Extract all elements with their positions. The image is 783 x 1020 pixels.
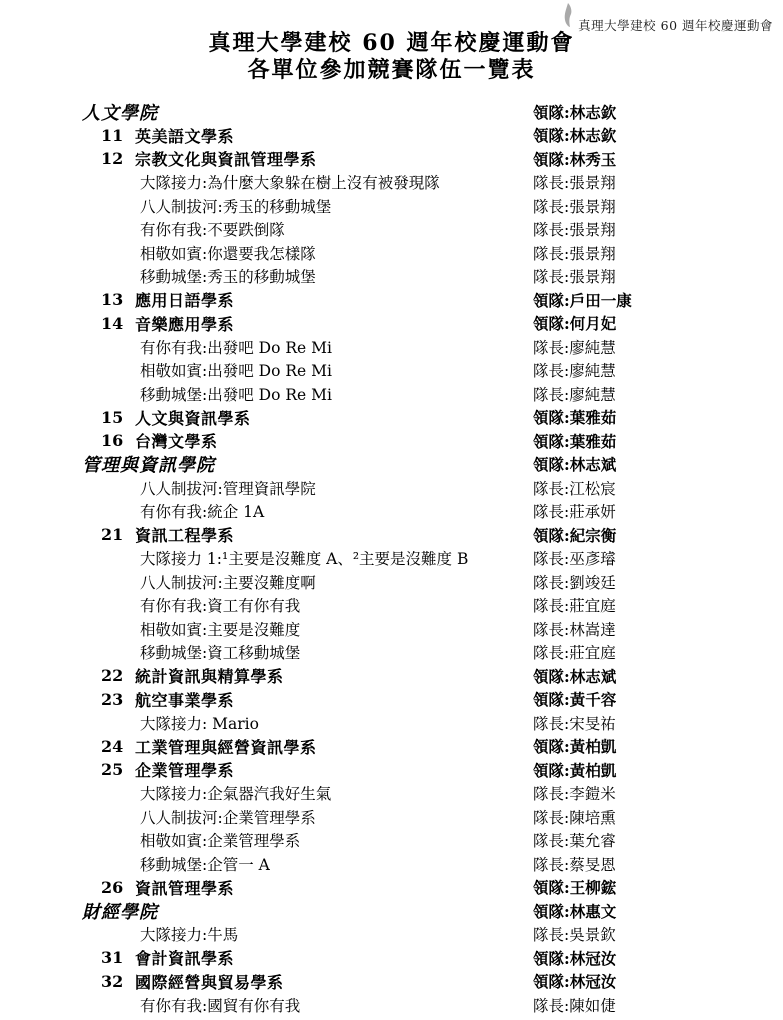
- dept-name: 工業管理與經營資訊學系: [135, 735, 317, 758]
- team-row: 有你有我:不要跌倒隊隊長:張景翔: [0, 218, 783, 242]
- college-row: 人文學院領隊:林志欽: [0, 100, 783, 124]
- dept-row: 13應用日語學系領隊:戶田一康: [0, 288, 783, 312]
- captain-label: 隊長:廖純慧: [533, 382, 616, 406]
- dept-number: 11: [101, 124, 123, 148]
- team-row: 大隊接力: Mario隊長:宋旻祐: [0, 711, 783, 735]
- leader-label: 領隊:林冠汝: [533, 946, 616, 970]
- team-row: 八人制拔河:主要沒難度啊隊長:劉竣廷: [0, 570, 783, 594]
- college-row: 財經學院領隊:林惠文: [0, 899, 783, 923]
- team-row: 大隊接力 1:¹主要是沒難度 A、²主要是沒難度 B隊長:巫彥璿: [0, 547, 783, 571]
- team-entry: 相敬如賓:出發吧 Do Re Mi: [140, 359, 332, 381]
- dept-number: 25: [101, 758, 123, 782]
- page-subtitle: 各單位參加競賽隊伍一覽表: [0, 57, 783, 84]
- team-row: 有你有我:統企 1A隊長:莊承妍: [0, 500, 783, 524]
- rows-container: 人文學院領隊:林志欽11英美語文學系領隊:林志欽12宗教文化與資訊管理學系領隊:…: [0, 100, 783, 1017]
- team-entry: 大隊接力:為什麼大象躲在樹上沒有被發現隊: [140, 171, 440, 193]
- dept-name: 資訊工程學系: [135, 523, 234, 546]
- college-name: 管理與資訊學院: [82, 451, 215, 477]
- team-row: 八人制拔河:企業管理學系隊長:陳培熏: [0, 805, 783, 829]
- dept-number: 21: [101, 523, 123, 547]
- captain-label: 隊長:陳如倢: [533, 993, 616, 1017]
- leader-label: 領隊:林秀玉: [533, 147, 616, 171]
- dept-name: 宗教文化與資訊管理學系: [135, 147, 317, 170]
- page-title: 真理大學建校 60 週年校慶運動會: [0, 30, 783, 57]
- team-row: 移動城堡:出發吧 Do Re Mi隊長:廖純慧: [0, 382, 783, 406]
- captain-label: 隊長:林嵩達: [533, 617, 616, 641]
- captain-label: 隊長:吳景欽: [533, 923, 616, 947]
- captain-label: 隊長:宋旻祐: [533, 711, 616, 735]
- leader-label: 領隊:林志斌: [533, 453, 616, 477]
- team-entry: 八人制拔河:企業管理學系: [140, 806, 316, 828]
- team-row: 相敬如賓:企業管理學系隊長:葉允睿: [0, 829, 783, 853]
- dept-number: 15: [101, 406, 123, 430]
- team-entry: 大隊接力:企氣器汽我好生氣: [140, 782, 331, 804]
- team-entry: 大隊接力 1:¹主要是沒難度 A、²主要是沒難度 B: [140, 547, 468, 569]
- dept-number: 32: [101, 970, 123, 994]
- team-row: 有你有我:資工有你有我隊長:莊宜庭: [0, 594, 783, 618]
- leader-label: 領隊:何月妃: [533, 312, 616, 336]
- dept-row: 11英美語文學系領隊:林志欽: [0, 124, 783, 148]
- dept-name: 英美語文學系: [135, 124, 234, 147]
- captain-label: 隊長:葉允睿: [533, 829, 616, 853]
- college-name: 財經學院: [82, 898, 158, 924]
- leader-label: 領隊:葉雅茹: [533, 429, 616, 453]
- captain-label: 隊長:廖純慧: [533, 359, 616, 383]
- leader-label: 領隊:林志欽: [533, 124, 616, 148]
- team-entry: 移動城堡:出發吧 Do Re Mi: [140, 383, 332, 405]
- team-entry: 移動城堡:資工移動城堡: [140, 641, 300, 663]
- team-entry: 大隊接力: Mario: [140, 712, 259, 734]
- leader-label: 領隊:林冠汝: [533, 970, 616, 994]
- dept-row: 32國際經營與貿易學系領隊:林冠汝: [0, 970, 783, 994]
- team-row: 相敬如賓:主要是沒難度隊長:林嵩達: [0, 617, 783, 641]
- leader-label: 領隊:葉雅茹: [533, 406, 616, 430]
- team-entry: 相敬如賓:企業管理學系: [140, 829, 300, 851]
- dept-number: 12: [101, 147, 123, 171]
- team-entry: 相敬如賓:主要是沒難度: [140, 618, 300, 640]
- dept-row: 16台灣文學系領隊:葉雅茹: [0, 429, 783, 453]
- leader-label: 領隊:林志欽: [533, 100, 616, 124]
- captain-label: 隊長:江松宸: [533, 476, 616, 500]
- team-entry: 大隊接力:牛馬: [140, 923, 238, 945]
- dept-name: 統計資訊與精算學系: [135, 664, 284, 687]
- captain-label: 隊長:劉竣廷: [533, 570, 616, 594]
- dept-number: 31: [101, 946, 123, 970]
- dept-number: 13: [101, 288, 123, 312]
- team-entry: 有你有我:資工有你有我: [140, 594, 300, 616]
- team-entry: 移動城堡:秀玉的移動城堡: [140, 265, 316, 287]
- captain-label: 隊長:張景翔: [533, 241, 616, 265]
- leader-label: 領隊:黃千容: [533, 688, 616, 712]
- title-block: 真理大學建校 60 週年校慶運動會 各單位參加競賽隊伍一覽表: [0, 30, 783, 84]
- captain-label: 隊長:莊宜庭: [533, 594, 616, 618]
- captain-label: 隊長:張景翔: [533, 265, 616, 289]
- college-name: 人文學院: [82, 99, 158, 125]
- dept-number: 14: [101, 312, 123, 336]
- dept-number: 23: [101, 688, 123, 712]
- captain-label: 隊長:巫彥璿: [533, 547, 616, 571]
- captain-label: 隊長:廖純慧: [533, 335, 616, 359]
- captain-label: 隊長:莊承妍: [533, 500, 616, 524]
- college-row: 管理與資訊學院領隊:林志斌: [0, 453, 783, 477]
- team-entry: 八人制拔河:主要沒難度啊: [140, 571, 316, 593]
- team-entry: 八人制拔河:管理資訊學院: [140, 477, 316, 499]
- team-entry: 移動城堡:企管一 A: [140, 853, 270, 875]
- dept-number: 26: [101, 876, 123, 900]
- team-row: 有你有我:國貿有你有我隊長:陳如倢: [0, 993, 783, 1017]
- dept-number: 16: [101, 429, 123, 453]
- team-entry: 八人制拔河:秀玉的移動城堡: [140, 195, 331, 217]
- captain-label: 隊長:張景翔: [533, 194, 616, 218]
- team-entry: 有你有我:統企 1A: [140, 500, 264, 522]
- team-entry: 有你有我:不要跌倒隊: [140, 218, 285, 240]
- team-row: 八人制拔河:管理資訊學院隊長:江松宸: [0, 476, 783, 500]
- captain-label: 隊長:張景翔: [533, 171, 616, 195]
- team-row: 有你有我:出發吧 Do Re Mi隊長:廖純慧: [0, 335, 783, 359]
- team-entry: 有你有我:出發吧 Do Re Mi: [140, 336, 332, 358]
- leader-label: 領隊:紀宗衡: [533, 523, 616, 547]
- captain-label: 隊長:張景翔: [533, 218, 616, 242]
- dept-row: 23航空事業學系領隊:黃千容: [0, 688, 783, 712]
- dept-name: 應用日語學系: [135, 288, 234, 311]
- leader-label: 領隊:黃柏凱: [533, 758, 616, 782]
- dept-row: 26資訊管理學系領隊:王柳鋐: [0, 876, 783, 900]
- dept-row: 25企業管理學系領隊:黃柏凱: [0, 758, 783, 782]
- dept-name: 人文與資訊學系: [135, 406, 251, 429]
- team-row: 移動城堡:資工移動城堡隊長:莊宜庭: [0, 641, 783, 665]
- dept-row: 24工業管理與經營資訊學系領隊:黃柏凱: [0, 735, 783, 759]
- leader-label: 領隊:王柳鋐: [533, 876, 616, 900]
- dept-name: 台灣文學系: [135, 429, 218, 452]
- dept-number: 22: [101, 664, 123, 688]
- leader-label: 領隊:戶田一康: [533, 288, 632, 312]
- dept-row: 14音樂應用學系領隊:何月妃: [0, 312, 783, 336]
- team-row: 八人制拔河:秀玉的移動城堡隊長:張景翔: [0, 194, 783, 218]
- team-entry: 相敬如賓:你還要我怎樣隊: [140, 242, 316, 264]
- team-row: 移動城堡:企管一 A隊長:蔡旻恩: [0, 852, 783, 876]
- team-entry: 有你有我:國貿有你有我: [140, 994, 300, 1016]
- dept-name: 音樂應用學系: [135, 312, 234, 335]
- team-row: 大隊接力:為什麼大象躲在樹上沒有被發現隊隊長:張景翔: [0, 171, 783, 195]
- captain-label: 隊長:莊宜庭: [533, 641, 616, 665]
- dept-name: 國際經營與貿易學系: [135, 970, 284, 993]
- dept-name: 會計資訊學系: [135, 946, 234, 969]
- dept-row: 15人文與資訊學系領隊:葉雅茹: [0, 406, 783, 430]
- leader-label: 領隊:林志斌: [533, 664, 616, 688]
- dept-row: 22統計資訊與精算學系領隊:林志斌: [0, 664, 783, 688]
- team-row: 大隊接力:企氣器汽我好生氣隊長:李鎧米: [0, 782, 783, 806]
- leader-label: 領隊:黃柏凱: [533, 735, 616, 759]
- dept-row: 21資訊工程學系領隊:紀宗衡: [0, 523, 783, 547]
- team-row: 移動城堡:秀玉的移動城堡隊長:張景翔: [0, 265, 783, 289]
- dept-name: 航空事業學系: [135, 688, 234, 711]
- team-row: 相敬如賓:你還要我怎樣隊隊長:張景翔: [0, 241, 783, 265]
- dept-name: 資訊管理學系: [135, 876, 234, 899]
- captain-label: 隊長:陳培熏: [533, 805, 616, 829]
- dept-number: 24: [101, 735, 123, 759]
- page-curl-icon: [562, 2, 576, 31]
- team-row: 相敬如賓:出發吧 Do Re Mi隊長:廖純慧: [0, 359, 783, 383]
- leader-label: 領隊:林惠文: [533, 899, 616, 923]
- captain-label: 隊長:李鎧米: [533, 782, 616, 806]
- dept-name: 企業管理學系: [135, 758, 234, 781]
- team-row: 大隊接力:牛馬隊長:吳景欽: [0, 923, 783, 947]
- dept-row: 31會計資訊學系領隊:林冠汝: [0, 946, 783, 970]
- dept-row: 12宗教文化與資訊管理學系領隊:林秀玉: [0, 147, 783, 171]
- captain-label: 隊長:蔡旻恩: [533, 852, 616, 876]
